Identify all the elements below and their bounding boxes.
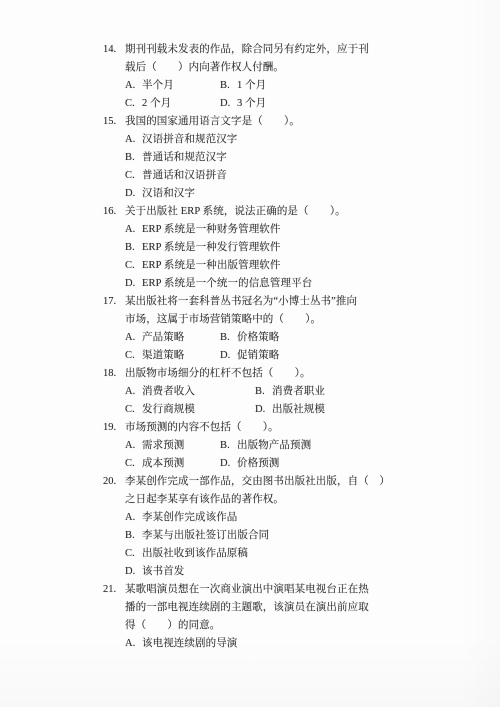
option-text: 该书首发	[142, 566, 184, 577]
option: D.促销策略	[220, 347, 279, 365]
option-row: C.普通话和汉语拼音	[125, 167, 403, 185]
question-number: 15.	[103, 113, 116, 131]
option-label: B.	[220, 329, 237, 347]
option-label: D.	[255, 401, 272, 419]
option-label: C.	[125, 257, 142, 275]
option-text: 出版物产品预测	[237, 440, 311, 451]
option: C.发行商规模	[125, 401, 255, 419]
question-number: 16.	[103, 203, 116, 221]
question-stem-line: 期刊刊载未发表的作品，除合同另有约定外，应于刊	[125, 41, 403, 59]
question-number: 14.	[103, 41, 116, 59]
option-row: A.消费者收入B.消费者职业	[125, 383, 403, 401]
option-text: 促销策略	[237, 350, 279, 361]
option-label: A.	[125, 131, 142, 149]
option-row: A.汉语拼音和规范汉字	[125, 131, 403, 149]
question-stem-line: 我国的国家通用语言文字是（ ）。	[125, 113, 403, 131]
option-text: 成本预测	[142, 458, 184, 469]
option-text: 李某创作完成该作品	[142, 512, 237, 523]
option-label: D.	[220, 95, 237, 113]
option: D.价格预测	[220, 455, 279, 473]
option-row: A.半个月B.1 个月	[125, 77, 403, 95]
option-text: 半个月	[142, 80, 174, 91]
option-label: B.	[125, 149, 142, 167]
option-row: B.普通话和规范汉字	[125, 149, 403, 167]
option: C.成本预测	[125, 455, 220, 473]
option: D.汉语和汉字	[125, 185, 195, 203]
option-label: B.	[220, 77, 237, 95]
question-stem-line: 之日起李某享有该作品的著作权。	[125, 491, 403, 509]
option-row: C.ERP 系统是一种出版管理软件	[125, 257, 403, 275]
option-text: 消费者收入	[142, 386, 195, 397]
option-text: 普通话和汉语拼音	[142, 170, 227, 181]
option-text: 2 个月	[142, 98, 171, 109]
option-text: 需求预测	[142, 440, 184, 451]
option-label: B.	[125, 239, 142, 257]
option: A.产品策略	[125, 329, 220, 347]
option-text: 汉语拼音和规范汉字	[142, 134, 237, 145]
question-stem-line: 市场，这属于市场营销策略中的（ ）。	[125, 311, 403, 329]
question-item: 14.期刊刊载未发表的作品，除合同另有约定外，应于刊载后（ ）内向著作权人付酬。…	[103, 41, 403, 113]
question-stem-line: 某歌唱演员想在一次商业演出中演唱某电视台正在热	[125, 581, 403, 599]
option-row: C.渠道策略D.促销策略	[125, 347, 403, 365]
option-label: D.	[220, 347, 237, 365]
option-label: D.	[220, 455, 237, 473]
option-label: B.	[125, 527, 142, 545]
option-row: A.产品策略B.价格策略	[125, 329, 403, 347]
scanned-exam-page: 14.期刊刊载未发表的作品，除合同另有约定外，应于刊载后（ ）内向著作权人付酬。…	[0, 0, 500, 707]
option-text: 3 个月	[237, 98, 266, 109]
option-text: 发行商规模	[142, 404, 195, 415]
option: C.2 个月	[125, 95, 220, 113]
option-row: C.发行商规模D.出版社规模	[125, 401, 403, 419]
option: A.李某创作完成该作品	[125, 509, 237, 527]
option-label: A.	[125, 383, 142, 401]
option-row: A.ERP 系统是一种财务管理软件	[125, 221, 403, 239]
option: A.需求预测	[125, 437, 220, 455]
option-label: D.	[125, 275, 142, 293]
option: D.出版社规模	[255, 401, 325, 419]
option-label: D.	[125, 563, 142, 581]
option: B.1 个月	[220, 77, 266, 95]
option-text: 价格预测	[237, 458, 279, 469]
question-item: 21.某歌唱演员想在一次商业演出中演唱某电视台正在热播的一部电视连续剧的主题歌，…	[103, 581, 403, 653]
option-text: 消费者职业	[272, 386, 325, 397]
option-text: ERP 系统是一个统一的信息管理平台	[142, 278, 312, 289]
question-number: 18.	[103, 365, 116, 383]
option-row: D.该书首发	[125, 563, 403, 581]
question-item: 15.我国的国家通用语言文字是（ ）。A.汉语拼音和规范汉字B.普通话和规范汉字…	[103, 113, 403, 203]
option-label: D.	[125, 185, 142, 203]
option: A.半个月	[125, 77, 220, 95]
option: C.ERP 系统是一种出版管理软件	[125, 257, 281, 275]
option-row: B.李某与出版社签订出版合同	[125, 527, 403, 545]
option-label: A.	[125, 509, 142, 527]
option-row: D.ERP 系统是一个统一的信息管理平台	[125, 275, 403, 293]
option: B.普通话和规范汉字	[125, 149, 227, 167]
question-item: 20.李某创作完成一部作品，交由图书出版社出版，自（ ）之日起李某享有该作品的著…	[103, 473, 403, 581]
option: C.普通话和汉语拼音	[125, 167, 227, 185]
option-label: C.	[125, 455, 142, 473]
option: A.汉语拼音和规范汉字	[125, 131, 237, 149]
question-item: 16.关于出版社 ERP 系统，说法正确的是（ ）。A.ERP 系统是一种财务管…	[103, 203, 403, 293]
option: B.消费者职业	[255, 383, 325, 401]
question-stem-line: 出版物市场细分的杠杆不包括（ ）。	[125, 365, 403, 383]
option-row: D.汉语和汉字	[125, 185, 403, 203]
option-row: C.成本预测D.价格预测	[125, 455, 403, 473]
option-row: A.李某创作完成该作品	[125, 509, 403, 527]
question-stem-line: 李某创作完成一部作品，交由图书出版社出版，自（ ）	[125, 473, 403, 491]
question-number: 17.	[103, 293, 116, 311]
option-row: B.ERP 系统是一种发行管理软件	[125, 239, 403, 257]
option: B.ERP 系统是一种发行管理软件	[125, 239, 281, 257]
option-text: 1 个月	[237, 80, 266, 91]
question-stem-line: 市场预测的内容不包括（ ）。	[125, 419, 403, 437]
option-row: A.该电视连续剧的导演	[125, 635, 403, 653]
option: B.价格策略	[220, 329, 279, 347]
option-label: A.	[125, 635, 142, 653]
option-text: 出版社规模	[272, 404, 325, 415]
question-item: 19.市场预测的内容不包括（ ）。A.需求预测B.出版物产品预测C.成本预测D.…	[103, 419, 403, 473]
option-label: A.	[125, 77, 142, 95]
option-text: 李某与出版社签订出版合同	[142, 530, 269, 541]
question-stem-line: 播的一部电视连续剧的主题歌，该演员在演出前应取	[125, 599, 403, 617]
option-text: 价格策略	[237, 332, 279, 343]
option: D.该书首发	[125, 563, 184, 581]
option: B.出版物产品预测	[220, 437, 311, 455]
option-text: ERP 系统是一种发行管理软件	[142, 242, 281, 253]
option: D.ERP 系统是一个统一的信息管理平台	[125, 275, 312, 293]
option-text: 出版社收到该作品原稿	[142, 548, 248, 559]
option: D.3 个月	[220, 95, 266, 113]
question-stem-line: 载后（ ）内向著作权人付酬。	[125, 59, 403, 77]
option-text: ERP 系统是一种出版管理软件	[142, 260, 281, 271]
option: A.消费者收入	[125, 383, 255, 401]
option: C.出版社收到该作品原稿	[125, 545, 248, 563]
option-label: B.	[255, 383, 272, 401]
question-number: 20.	[103, 473, 116, 491]
option-label: A.	[125, 221, 142, 239]
option-label: C.	[125, 545, 142, 563]
question-stem-line: 某出版社将一套科普丛书冠名为“小博士丛书”推向	[125, 293, 403, 311]
option-label: C.	[125, 167, 142, 185]
question-list: 14.期刊刊载未发表的作品，除合同另有约定外，应于刊载后（ ）内向著作权人付酬。…	[103, 41, 403, 653]
option: B.李某与出版社签订出版合同	[125, 527, 269, 545]
option-label: B.	[220, 437, 237, 455]
question-number: 19.	[103, 419, 116, 437]
question-stem-line: 得（ ）的同意。	[125, 617, 403, 635]
option-text: 产品策略	[142, 332, 184, 343]
option-text: 渠道策略	[142, 350, 184, 361]
option-label: C.	[125, 401, 142, 419]
question-number: 21.	[103, 581, 116, 599]
option-label: A.	[125, 329, 142, 347]
option-text: 该电视连续剧的导演	[142, 638, 237, 649]
option: A.该电视连续剧的导演	[125, 635, 237, 653]
question-item: 18.出版物市场细分的杠杆不包括（ ）。A.消费者收入B.消费者职业C.发行商规…	[103, 365, 403, 419]
option-text: 汉语和汉字	[142, 188, 195, 199]
option-text: 普通话和规范汉字	[142, 152, 227, 163]
option-label: A.	[125, 437, 142, 455]
option-row: C.2 个月D.3 个月	[125, 95, 403, 113]
option-label: C.	[125, 347, 142, 365]
question-item: 17.某出版社将一套科普丛书冠名为“小博士丛书”推向市场，这属于市场营销策略中的…	[103, 293, 403, 365]
option: A.ERP 系统是一种财务管理软件	[125, 221, 281, 239]
option-text: ERP 系统是一种财务管理软件	[142, 224, 281, 235]
option-row: A.需求预测B.出版物产品预测	[125, 437, 403, 455]
option-row: C.出版社收到该作品原稿	[125, 545, 403, 563]
option-label: C.	[125, 95, 142, 113]
option: C.渠道策略	[125, 347, 220, 365]
question-stem-line: 关于出版社 ERP 系统，说法正确的是（ ）。	[125, 203, 403, 221]
